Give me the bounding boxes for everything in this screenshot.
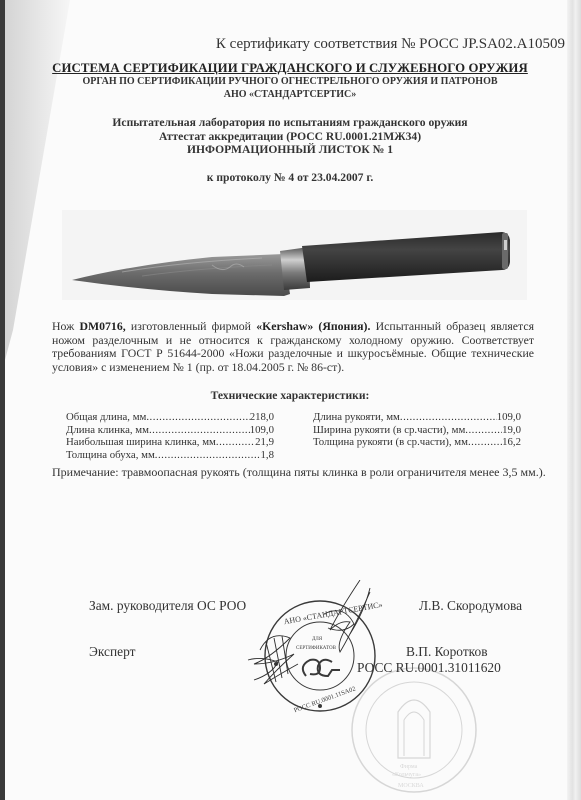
laboratory-name: Испытательная лаборатория по испытаниям … (40, 116, 540, 129)
spec-value: 109,0 (250, 424, 274, 437)
spec-row: Длина клинка, мм109,0 (66, 424, 274, 437)
spec-row: Длина рукояти, мм109,0 (313, 411, 521, 424)
leader-dots (149, 424, 250, 437)
system-title: СИСТЕМА СЕРТИФИКАЦИИ ГРАЖДАНСКОГО И СЛУЖ… (40, 61, 540, 76)
info-sheet-title: ИНФОРМАЦИОННЫЙ ЛИСТОК № 1 (40, 143, 540, 156)
description-mid: изготовленный фирмой (126, 319, 257, 333)
product-description: Нож DM0716, изготовленный фирмой «Kersha… (52, 320, 534, 374)
spec-value: 19,0 (502, 424, 521, 437)
note: Примечание: травмоопасная рукоять (толщи… (52, 465, 552, 480)
knife-model: DM0716, (79, 319, 125, 333)
certification-organ: ОРГАН ПО СЕРТИФИКАЦИИ РУЧНОГО ОГНЕСТРЕЛЬ… (40, 76, 540, 87)
signatory-role: Зам. руководителя ОС РОО (89, 598, 246, 614)
svg-text:АНО «СТАНДАРТСЕРТИС»: АНО «СТАНДАРТСЕРТИС» (283, 600, 383, 626)
svg-text:«Кольчуга»: «Кольчуга» (392, 772, 421, 778)
signatory-role: Эксперт (89, 644, 135, 660)
leader-dots (400, 411, 497, 424)
spec-row: Толщина обуха, мм1,8 (66, 449, 274, 462)
leader-dots (146, 411, 249, 424)
certification-stamp-icon: ДЛЯ СЕРТИФИКАТОВ АНО «СТАНДАРТСЕРТИС» РО… (265, 600, 383, 714)
expert-registration: РОСС RU.0001.31011620 (357, 660, 501, 676)
protocol-reference: к протоколу № 4 от 23.04.2007 г. (40, 171, 540, 184)
specs-title: Технические характеристики: (40, 389, 540, 402)
description-prefix: Нож (52, 319, 79, 333)
spec-label: Ширина рукояти (в ср.части), мм (313, 424, 465, 437)
specs-right-column: Длина рукояти, мм109,0 Ширина рукояти (в… (313, 411, 521, 449)
svg-text:ДЛЯ: ДЛЯ (312, 637, 323, 642)
svg-text:СЕРТИФИКАТОВ: СЕРТИФИКАТОВ (296, 646, 337, 651)
spec-value: 1,8 (261, 449, 275, 462)
leader-dots (155, 449, 261, 462)
leader-dots (465, 424, 502, 437)
organization-name: АНО «СТАНДАРТСЕРТИС» (40, 89, 540, 100)
manufacturer: «Kershaw» (Япония). (256, 319, 370, 333)
spec-label: Общая длина, мм (66, 411, 146, 424)
kolchuga-stamp-icon: Фирма «Кольчуга» МОСКВА (352, 668, 476, 792)
spec-value: 21,9 (255, 436, 274, 449)
spec-label: Толщина рукояти (в ср.части), мм (313, 436, 468, 449)
certificate-reference: К сертификату соответствия № РОСС JP.SA0… (210, 36, 565, 53)
specs-left-column: Общая длина, мм 218,0 Длина клинка, мм10… (66, 411, 274, 461)
spec-label: Длина рукояти, мм (313, 411, 400, 424)
spec-label: Толщина обуха, мм (66, 449, 155, 462)
spec-value: 16,2 (502, 436, 521, 449)
spec-value: 109,0 (497, 411, 521, 424)
stamps-and-signatures: Фирма «Кольчуга» МОСКВА ДЛЯ СЕРТИФИКАТОВ… (240, 580, 580, 800)
leader-dots (468, 436, 502, 449)
signatory-name: Л.В. Скородумова (419, 598, 522, 614)
accreditation: Аттестат аккредитации (РОСС RU.0001.21МЖ… (40, 130, 540, 143)
spec-label: Наибольшая ширина клинка, мм (66, 436, 216, 449)
spec-label: Длина клинка, мм (66, 424, 149, 437)
spec-row: Общая длина, мм 218,0 (66, 411, 274, 424)
spec-row: Наибольшая ширина клинка, мм21,9 (66, 436, 274, 449)
knife-photo (62, 210, 527, 300)
spec-row: Ширина рукояти (в ср.части), мм19,0 (313, 424, 521, 437)
leader-dots (216, 436, 255, 449)
svg-text:МОСКВА: МОСКВА (398, 783, 424, 789)
spec-row: Толщина рукояти (в ср.части), мм16,2 (313, 436, 521, 449)
signatory-name: В.П. Коротков (406, 644, 488, 660)
svg-text:Фирма: Фирма (400, 764, 418, 770)
spec-value: 218,0 (250, 411, 274, 424)
